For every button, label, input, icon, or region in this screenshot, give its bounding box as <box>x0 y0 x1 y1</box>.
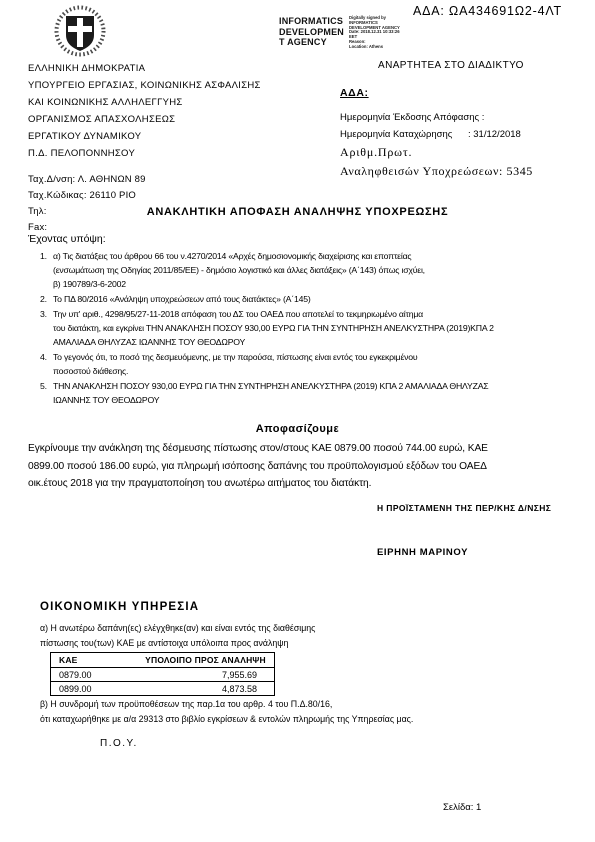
protocol-number-label: Αριθμ.Πρωτ. <box>340 145 533 160</box>
list-item-text: Το ΠΔ 80/2016 «Ανάληψη υποχρεώσεων από τ… <box>53 293 311 307</box>
signatory-name: ΕΙΡΗΝΗ ΜΑΡΙΝΟΥ <box>377 547 551 558</box>
digital-signature-stamp: INFORMATICS DEVELOPMEN T AGENCY Digitall… <box>279 16 411 50</box>
balance-cell: 7,955.69 <box>135 668 275 682</box>
cross-vertical <box>77 18 83 47</box>
decision-heading: Αποφασίζουμε <box>0 423 595 435</box>
greek-emblem-logo <box>54 2 106 58</box>
preamble-list: 1. α) Τις διατάξεις του άρθρου 66 του ν.… <box>40 250 575 409</box>
issue-date-label: Ημερομηνία Έκδοσης Απόφασης : <box>340 112 533 123</box>
postal-code: Ταχ.Κώδικας: 26110 ΡΙΟ <box>28 188 261 204</box>
signatory-title: Η ΠΡΟΪΣΤΑΜΕΝΗ ΤΗΣ ΠΕΡ/ΚΗΣ Δ/ΝΣΗΣ <box>377 503 551 513</box>
list-item: 1. α) Τις διατάξεις του άρθρου 66 του ν.… <box>40 250 575 291</box>
authority-line-5: ΕΡΓΑΤΙΚΟΥ ΔΥΝΑΜΙΚΟΥ <box>28 128 261 145</box>
column-header-balance: ΥΠΟΛΟΙΠΟ ΠΡΟΣ ΑΝΑΛΗΨΗ <box>135 653 275 668</box>
list-item-text: Το γεγονός ότι, το ποσό της δεσμευόμενης… <box>53 351 417 379</box>
balance-cell: 4,873.58 <box>135 682 275 696</box>
list-item: 3. Την υπ' αριθ., 4298/95/27-11-2018 από… <box>40 308 575 349</box>
authority-line-3: ΚΑΙ ΚΟΙΝΩΝΙΚΗΣ ΑΛΛΗΛΕΓΓΥΗΣ <box>28 94 261 111</box>
authority-line-4: ΟΡΓΑΝΙΣΜΟΣ ΑΠΑΣΧΟΛΗΣΕΩΣ <box>28 111 261 128</box>
signature-block: Η ΠΡΟΪΣΤΑΜΕΝΗ ΤΗΣ ΠΕΡ/ΚΗΣ Δ/ΝΣΗΣ ΕΙΡΗΝΗ … <box>377 503 551 558</box>
poy-abbreviation: Π.Ο.Υ. <box>100 738 138 749</box>
kae-balance-table: ΚΑΕ ΥΠΟΛΟΙΠΟ ΠΡΟΣ ΑΝΑΛΗΨΗ 0879.00 7,955.… <box>50 652 275 696</box>
record-date-label: Ημερομηνία Καταχώρησης <box>340 129 468 140</box>
registry-metadata-block: ΑΝΑΡΤΗΤΕΑ ΣΤΟ ΔΙΑΔΙΚΤΥΟ ΑΔΑ: Ημερομηνία … <box>340 60 533 179</box>
table-row: 0899.00 4,873.58 <box>51 682 275 696</box>
list-item: 4. Το γεγονός ότι, το ποσό της δεσμευόμε… <box>40 351 575 379</box>
obligations-number-line: Αναληφθεισών Υποχρεώσεων: 5345 <box>340 164 533 179</box>
list-item-text: ΤΗΝ ΑΝΑΚΛΗΣΗ ΠΟΣΟΥ 930,00 ΕΥΡΩ ΓΙΑ ΤΗΝ Σ… <box>53 380 488 408</box>
stamp-agency-name: INFORMATICS DEVELOPMEN T AGENCY <box>279 16 344 50</box>
anartitea-note: ΑΝΑΡΤΗΤΕΑ ΣΤΟ ΔΙΑΔΙΚΤΥΟ <box>378 60 533 71</box>
cross-horizontal <box>68 26 92 32</box>
list-item-number: 4. <box>40 351 53 379</box>
page-number: Σελίδα: 1 <box>443 802 481 813</box>
list-item: 2. Το ΠΔ 80/2016 «Ανάληψη υποχρεώσεων απ… <box>40 293 575 307</box>
list-item-text: α) Τις διατάξεις του άρθρου 66 του ν.427… <box>53 250 425 291</box>
authority-line-6: Π.Δ. ΠΕΛΟΠΟΝΝΗΣΟΥ <box>28 145 261 162</box>
preamble-heading: Έχοντας υπόψη: <box>28 233 106 245</box>
record-date-line: Ημερομηνία Καταχώρησης : 31/12/2018 <box>340 129 533 140</box>
authority-line-2: ΥΠΟΥΡΓΕΙΟ ΕΡΓΑΣΙΑΣ, ΚΟΙΝΩΝΙΚΗΣ ΑΣΦΑΛΙΣΗΣ <box>28 77 261 94</box>
ada-label: ΑΔΑ: <box>340 87 533 99</box>
kae-code-cell: 0899.00 <box>51 682 136 696</box>
financial-note-a: α) Η ανωτέρω δαπάνη(ες) ελέγχθηκε(αν) κα… <box>40 621 315 650</box>
list-item-text: Την υπ' αριθ., 4298/95/27-11-2018 απόφασ… <box>53 308 494 349</box>
list-item: 5. ΤΗΝ ΑΝΑΚΛΗΣΗ ΠΟΣΟΥ 930,00 ΕΥΡΩ ΓΙΑ ΤΗ… <box>40 380 575 408</box>
list-item-number: 1. <box>40 250 53 291</box>
column-header-kae: ΚΑΕ <box>51 653 136 668</box>
authority-line-1: ΕΛΛΗΝΙΚΗ ΔΗΜΟΚΡΑΤΙΑ <box>28 60 261 77</box>
contact-details-block: Ταχ.Δ/νση: Λ. ΑΘΗΝΩΝ 89 Ταχ.Κώδικας: 261… <box>28 172 261 236</box>
financial-service-heading: ΟΙΚΟΝΟΜΙΚΗ ΥΠΗΡΕΣΙΑ <box>40 601 199 613</box>
kae-code-cell: 0879.00 <box>51 668 136 682</box>
table-header-row: ΚΑΕ ΥΠΟΛΟΙΠΟ ΠΡΟΣ ΑΝΑΛΗΨΗ <box>51 653 275 668</box>
list-item-number: 3. <box>40 308 53 349</box>
ada-code-header: ΑΔΑ: ΩΑ434691Ω2-4ΛΤ <box>413 4 562 18</box>
document-page: ΑΔΑ: ΩΑ434691Ω2-4ΛΤ INFORMATICS DEVELOPM… <box>0 0 595 842</box>
document-title: ΑΝΑΚΛΗΤΙΚΗ ΑΠΟΦΑΣΗ ΑΝΑΛΗΨΗΣ ΥΠΟΧΡΕΩΣΗΣ <box>0 206 595 218</box>
list-item-number: 5. <box>40 380 53 408</box>
table-row: 0879.00 7,955.69 <box>51 668 275 682</box>
postal-address: Ταχ.Δ/νση: Λ. ΑΘΗΝΩΝ 89 <box>28 172 261 188</box>
stamp-signature-details: Digitally signed by INFORMATICS DEVELOPM… <box>349 16 411 50</box>
financial-note-b: β) Η συνδρομή των προϋποθέσεων της παρ.1… <box>40 697 413 726</box>
list-item-number: 2. <box>40 293 53 307</box>
decision-body: Εγκρίνουμε την ανάκληση της δέσμευσης πί… <box>28 440 580 493</box>
record-date-value: : 31/12/2018 <box>468 129 521 140</box>
